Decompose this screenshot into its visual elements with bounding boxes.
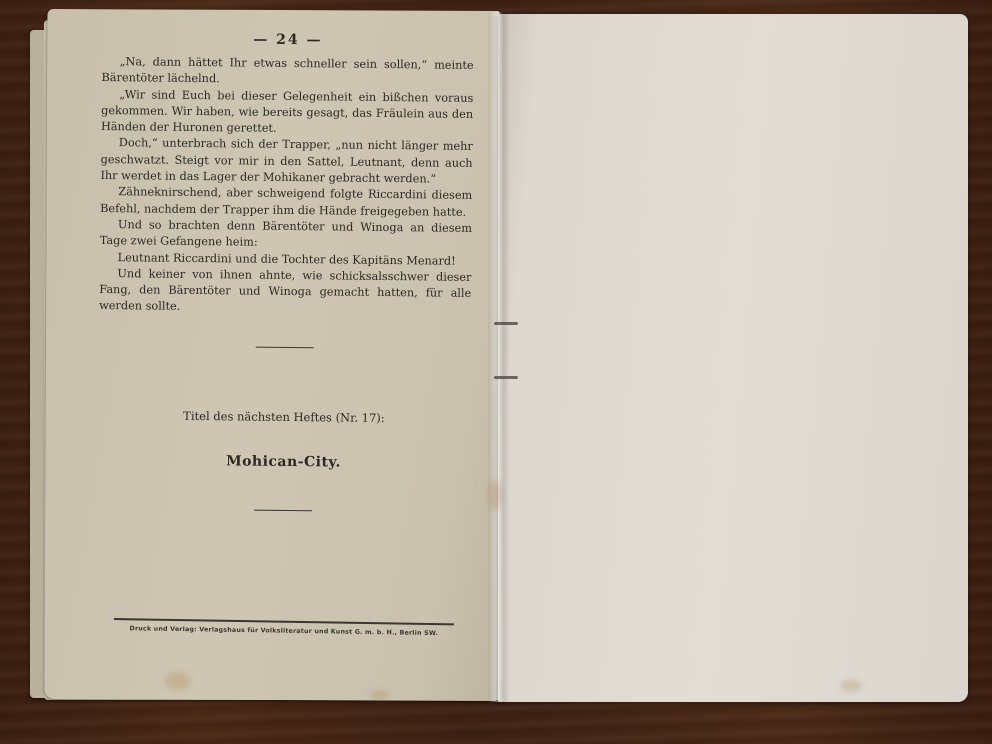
paragraph: Zähneknirschend, aber schweigend folgte … [100, 184, 472, 220]
paper-stain [370, 690, 390, 700]
next-issue-label: Titel des nächsten Heftes (Nr. 17): [98, 408, 470, 426]
paper-stain [165, 672, 191, 690]
page-number: — 24 — [102, 30, 474, 50]
section-divider [256, 346, 314, 348]
staple-top [494, 322, 518, 325]
paper-stain [488, 480, 502, 510]
paragraph: Doch,“ unterbrach sich der Trapper, „nun… [100, 135, 472, 188]
paragraph: „Na, dann hättet Ihr etwas schneller sei… [101, 54, 473, 90]
paper-stain [840, 680, 862, 692]
paragraph: Und keiner von ihnen ahnte, wie schicksa… [99, 266, 471, 319]
booklet-spine-fold [488, 12, 510, 702]
next-issue-title: Mohican-City. [97, 452, 469, 472]
right-page-blank [498, 14, 968, 702]
paragraph: Und so brachten denn Bärentöter und Wino… [100, 217, 472, 253]
staple-bottom [494, 376, 518, 379]
paragraph: „Wir sind Euch bei dieser Gelegenheit ei… [101, 87, 473, 140]
left-page-text: — 24 — „Na, dann hättet Ihr etwas schnel… [97, 30, 474, 513]
